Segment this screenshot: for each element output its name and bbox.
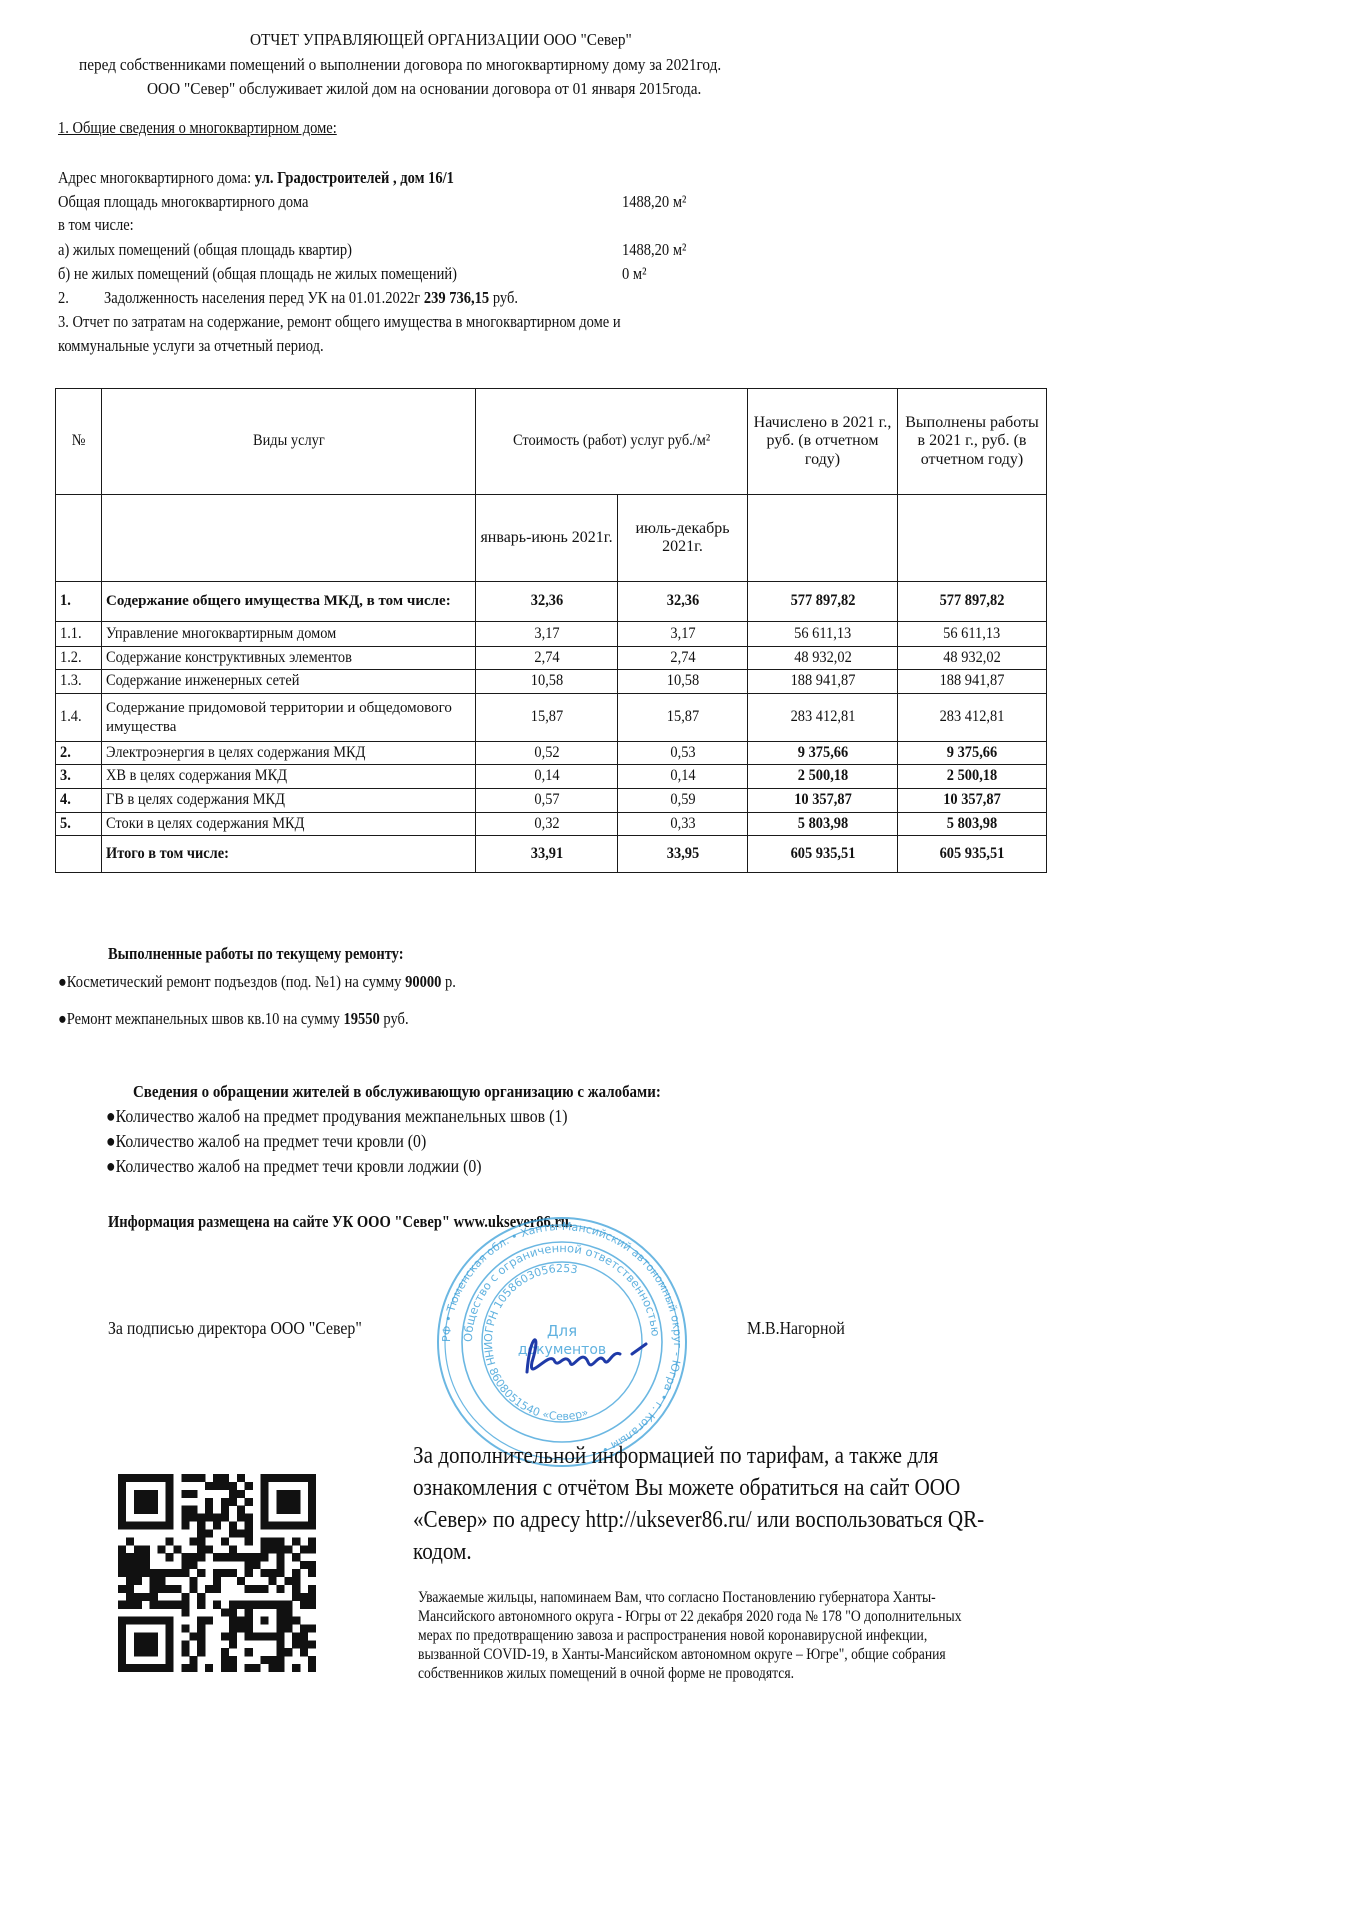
- footer-notice-line: собственников жилых помещений в очной фо…: [418, 1664, 794, 1683]
- row-rate-period1: 3,17: [476, 622, 618, 647]
- nonresidential-label: б) не жилых помещений (общая площадь не …: [58, 264, 457, 284]
- row-service: Содержание общего имущества МКД, в том ч…: [102, 582, 476, 622]
- row-service: Управление многоквартирным домом: [102, 622, 476, 647]
- svg-text:Для: Для: [547, 1322, 577, 1340]
- row-done: 2 500,18: [898, 765, 1047, 789]
- company-stamp: РФ • Тюменская обл. • Ханты-Мансийский а…: [432, 1212, 692, 1472]
- row-rate-period2: 0,33: [618, 813, 748, 836]
- table-row: 4.ГВ в целях содержания МКД0,570,5910 35…: [56, 789, 1047, 813]
- complaint-item: ●Количество жалоб на предмет течи кровли…: [106, 1131, 426, 1152]
- row-rate-period1: 0,57: [476, 789, 618, 813]
- row-num: 5.: [56, 813, 102, 836]
- row-rate-period2: 3,17: [618, 622, 748, 647]
- row-rate-period1: 10,58: [476, 670, 618, 694]
- report-title: ОТЧЕТ УПРАВЛЯЮЩЕЙ ОРГАНИЗАЦИИ ООО "Север…: [250, 30, 632, 50]
- row-service: Содержание придомовой территории и общед…: [102, 694, 476, 742]
- bullet-icon: ●: [58, 1009, 67, 1028]
- table-subheader-row: январь-июнь 2021г. июль-декабрь 2021г.: [56, 495, 1047, 582]
- row-done: 283 412,81: [898, 694, 1047, 742]
- row-num: 2.: [56, 742, 102, 765]
- residential-label: а) жилых помещений (общая площадь кварти…: [58, 240, 352, 260]
- signature-label: За подписью директора ООО "Север": [108, 1318, 362, 1339]
- bullet-icon: ●: [58, 972, 67, 991]
- header-charged: Начислено в 2021 г., руб. (в отчетном го…: [748, 389, 898, 495]
- total-area-value: 1488,20 м²: [622, 192, 686, 212]
- qr-code[interactable]: [118, 1474, 316, 1672]
- footer-notice-line: Мансийского автономного округа - Югры от…: [418, 1607, 962, 1626]
- row-charged: 605 935,51: [748, 836, 898, 873]
- footer-notice-line: вызванной COVID-19, в Ханты-Мансийском а…: [418, 1645, 946, 1664]
- debt-unit: руб.: [489, 288, 518, 307]
- row-rate-period2: 0,53: [618, 742, 748, 765]
- report-subtitle: перед собственниками помещений о выполне…: [79, 55, 721, 75]
- debt-label: Задолженность населения перед УК на 01.0…: [104, 288, 424, 307]
- section3-line1: 3. Отчет по затратам на содержание, ремо…: [58, 312, 621, 332]
- row-done: 10 357,87: [898, 789, 1047, 813]
- header-done: Выполнены работы в 2021 г., руб. (в отче…: [898, 389, 1047, 495]
- table-row: 1.1.Управление многоквартирным домом3,17…: [56, 622, 1047, 647]
- table-row: 1.2.Содержание конструктивных элементов2…: [56, 647, 1047, 670]
- row-charged: 188 941,87: [748, 670, 898, 694]
- row-done: 605 935,51: [898, 836, 1047, 873]
- row-charged: 48 932,02: [748, 647, 898, 670]
- row-done: 9 375,66: [898, 742, 1047, 765]
- row-service: Электроэнергия в целях содержания МКД: [102, 742, 476, 765]
- table-row: 3.ХВ в целях содержания МКД0,140,142 500…: [56, 765, 1047, 789]
- row-done: 188 941,87: [898, 670, 1047, 694]
- table-row: 1.3.Содержание инженерных сетей10,5810,5…: [56, 670, 1047, 694]
- contract-line: ООО "Север" обслуживает жилой дом на осн…: [147, 79, 701, 99]
- bullet-icon: ●: [106, 1106, 116, 1126]
- row-num: 1.: [56, 582, 102, 622]
- row-rate-period1: 2,74: [476, 647, 618, 670]
- debt-value: 239 736,15: [424, 288, 489, 307]
- header-period1: январь-июнь 2021г.: [476, 495, 618, 582]
- row-service: Стоки в целях содержания МКД: [102, 813, 476, 836]
- table-row: 2.Электроэнергия в целях содержания МКД0…: [56, 742, 1047, 765]
- row-rate-period1: 15,87: [476, 694, 618, 742]
- debt-row: Задолженность населения перед УК на 01.0…: [104, 288, 518, 308]
- complaint-item: ●Количество жалоб на предмет течи кровли…: [106, 1156, 482, 1177]
- complaint-item: ●Количество жалоб на предмет продувания …: [106, 1106, 568, 1127]
- row-service: Содержание инженерных сетей: [102, 670, 476, 694]
- header-period2: июль-декабрь 2021г.: [618, 495, 748, 582]
- row-rate-period1: 0,32: [476, 813, 618, 836]
- row-rate-period1: 0,14: [476, 765, 618, 789]
- footer-info-line: ознакомления с отчётом Вы можете обратит…: [413, 1472, 960, 1504]
- footer-info-line: «Север» по адресу http://uksever86.ru/ и…: [413, 1504, 984, 1536]
- bullet-icon: ●: [106, 1131, 116, 1151]
- footer-info-line: За дополнительной информацией по тарифам…: [413, 1440, 938, 1472]
- footer-info-line: кодом.: [413, 1536, 472, 1568]
- table-row: Итого в том числе:33,9133,95605 935,5160…: [56, 836, 1047, 873]
- address-value: ул. Градостроителей , дом 16/1: [255, 168, 454, 187]
- row-done: 56 611,13: [898, 622, 1047, 647]
- row-done: 577 897,82: [898, 582, 1047, 622]
- row-num: 1.2.: [56, 647, 102, 670]
- row-rate-period2: 0,14: [618, 765, 748, 789]
- footer-notice-line: Уважаемые жильцы, напоминаем Вам, что со…: [418, 1588, 936, 1607]
- row-charged: 10 357,87: [748, 789, 898, 813]
- row-service: ГВ в целях содержания МКД: [102, 789, 476, 813]
- repairs-title: Выполненные работы по текущему ремонту:: [108, 944, 404, 964]
- row-rate-period2: 10,58: [618, 670, 748, 694]
- row-rate-period2: 0,59: [618, 789, 748, 813]
- row-rate-period1: 32,36: [476, 582, 618, 622]
- header-num: №: [56, 389, 102, 495]
- table-row: 1.4.Содержание придомовой территории и о…: [56, 694, 1047, 742]
- row-rate-period1: 0,52: [476, 742, 618, 765]
- table-row: 5.Стоки в целях содержания МКД0,320,335 …: [56, 813, 1047, 836]
- repair-amount: 90000: [405, 972, 441, 991]
- row-service: Итого в том числе:: [102, 836, 476, 873]
- bullet-icon: ●: [106, 1156, 116, 1176]
- residential-value: 1488,20 м²: [622, 240, 686, 260]
- footer-notice-line: мерах по предотвращению завоза и распрос…: [418, 1626, 927, 1645]
- services-table: № Виды услуг Стоимость (работ) услуг руб…: [55, 388, 1047, 873]
- including-label: в том числе:: [58, 215, 134, 235]
- row-service: ХВ в целях содержания МКД: [102, 765, 476, 789]
- table-header-row: № Виды услуг Стоимость (работ) услуг руб…: [56, 389, 1047, 495]
- row-charged: 2 500,18: [748, 765, 898, 789]
- row-done: 5 803,98: [898, 813, 1047, 836]
- row-done: 48 932,02: [898, 647, 1047, 670]
- header-cost: Стоимость (работ) услуг руб./м²: [476, 389, 748, 495]
- row-num: 3.: [56, 765, 102, 789]
- row-rate-period2: 15,87: [618, 694, 748, 742]
- total-area-label: Общая площадь многоквартирного дома: [58, 192, 308, 212]
- signature-name: М.В.Нагорной: [747, 1318, 845, 1339]
- row-rate-period1: 33,91: [476, 836, 618, 873]
- repair-item: ●Ремонт межпанельных швов кв.10 на сумму…: [58, 1009, 409, 1029]
- row-num: 1.4.: [56, 694, 102, 742]
- row-rate-period2: 32,36: [618, 582, 748, 622]
- row-num: 1.3.: [56, 670, 102, 694]
- row-charged: 577 897,82: [748, 582, 898, 622]
- table-row: 1.Содержание общего имущества МКД, в том…: [56, 582, 1047, 622]
- header-service: Виды услуг: [102, 389, 476, 495]
- row-service: Содержание конструктивных элементов: [102, 647, 476, 670]
- row-charged: 9 375,66: [748, 742, 898, 765]
- complaints-title: Сведения о обращении жителей в обслужива…: [133, 1082, 661, 1102]
- address-label: Адрес многоквартирного дома:: [58, 168, 255, 187]
- section-general-title: 1. Общие сведения о многоквартирном доме…: [58, 118, 337, 138]
- row-charged: 283 412,81: [748, 694, 898, 742]
- row-charged: 56 611,13: [748, 622, 898, 647]
- row-rate-period2: 33,95: [618, 836, 748, 873]
- repair-amount: 19550: [343, 1009, 379, 1028]
- row-num: [56, 836, 102, 873]
- nonresidential-value: 0 м²: [622, 264, 646, 284]
- row-charged: 5 803,98: [748, 813, 898, 836]
- address-row: Адрес многоквартирного дома: ул. Градост…: [58, 168, 454, 188]
- section3-line2: коммунальные услуги за отчетный период.: [58, 336, 324, 356]
- row-rate-period2: 2,74: [618, 647, 748, 670]
- debt-num: 2.: [58, 288, 69, 308]
- repair-item: ●Косметический ремонт подъездов (под. №1…: [58, 972, 456, 992]
- row-num: 1.1.: [56, 622, 102, 647]
- row-num: 4.: [56, 789, 102, 813]
